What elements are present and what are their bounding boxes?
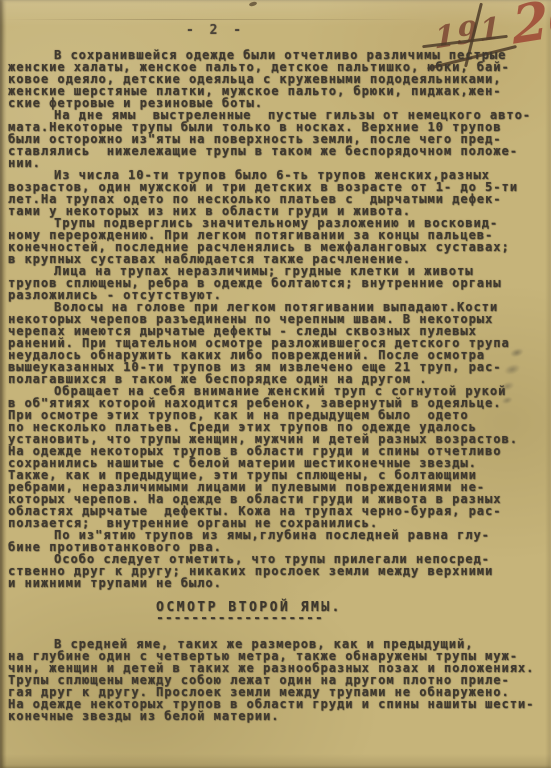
- text-line: ставлялись нижележащие трупы в таком же …: [8, 145, 546, 157]
- text-line: и нижними трупами не было.: [8, 577, 546, 589]
- text-line: конечные звезды из белой материи.: [8, 710, 546, 722]
- typewritten-text-block: В сохранившейся одежде были отчетливо ра…: [8, 49, 546, 722]
- ink-speck: [249, 1, 258, 7]
- paragraph: Лица на трупах неразличимы; грудные клет…: [8, 265, 546, 301]
- paper-crease: [0, 19, 430, 20]
- paragraph: Волосы на голове при легком потягивании …: [8, 301, 546, 385]
- paragraph: Обращает на себя внимание женский труп с…: [8, 385, 546, 529]
- page-number: - 2 -: [186, 23, 245, 38]
- paragraph: В средней яме, таких же размеров, как и …: [8, 638, 546, 722]
- section-heading-underline: -------------------: [156, 614, 546, 624]
- paragraph: По из"ятию трупов из ямы,глубина последн…: [8, 529, 546, 553]
- section-heading: ОСМОТР ВТОРОЙ ЯМЫ.-------------------: [156, 601, 546, 624]
- paragraph: Особо следует отметить, что трупы прилег…: [8, 553, 546, 589]
- scanned-document-page: - 2 - 191 20 В сохранившейся одежде были…: [0, 0, 551, 768]
- paragraph: В сохранившейся одежде были отчетливо ра…: [8, 49, 546, 109]
- paragraph: Трупы подверглись значительному разложен…: [8, 217, 546, 265]
- paragraph: На дне ямы выстреленные пустые гильзы от…: [8, 109, 546, 169]
- paragraph: Из числа 10-ти трупов было 6-ть трупов ж…: [8, 169, 546, 217]
